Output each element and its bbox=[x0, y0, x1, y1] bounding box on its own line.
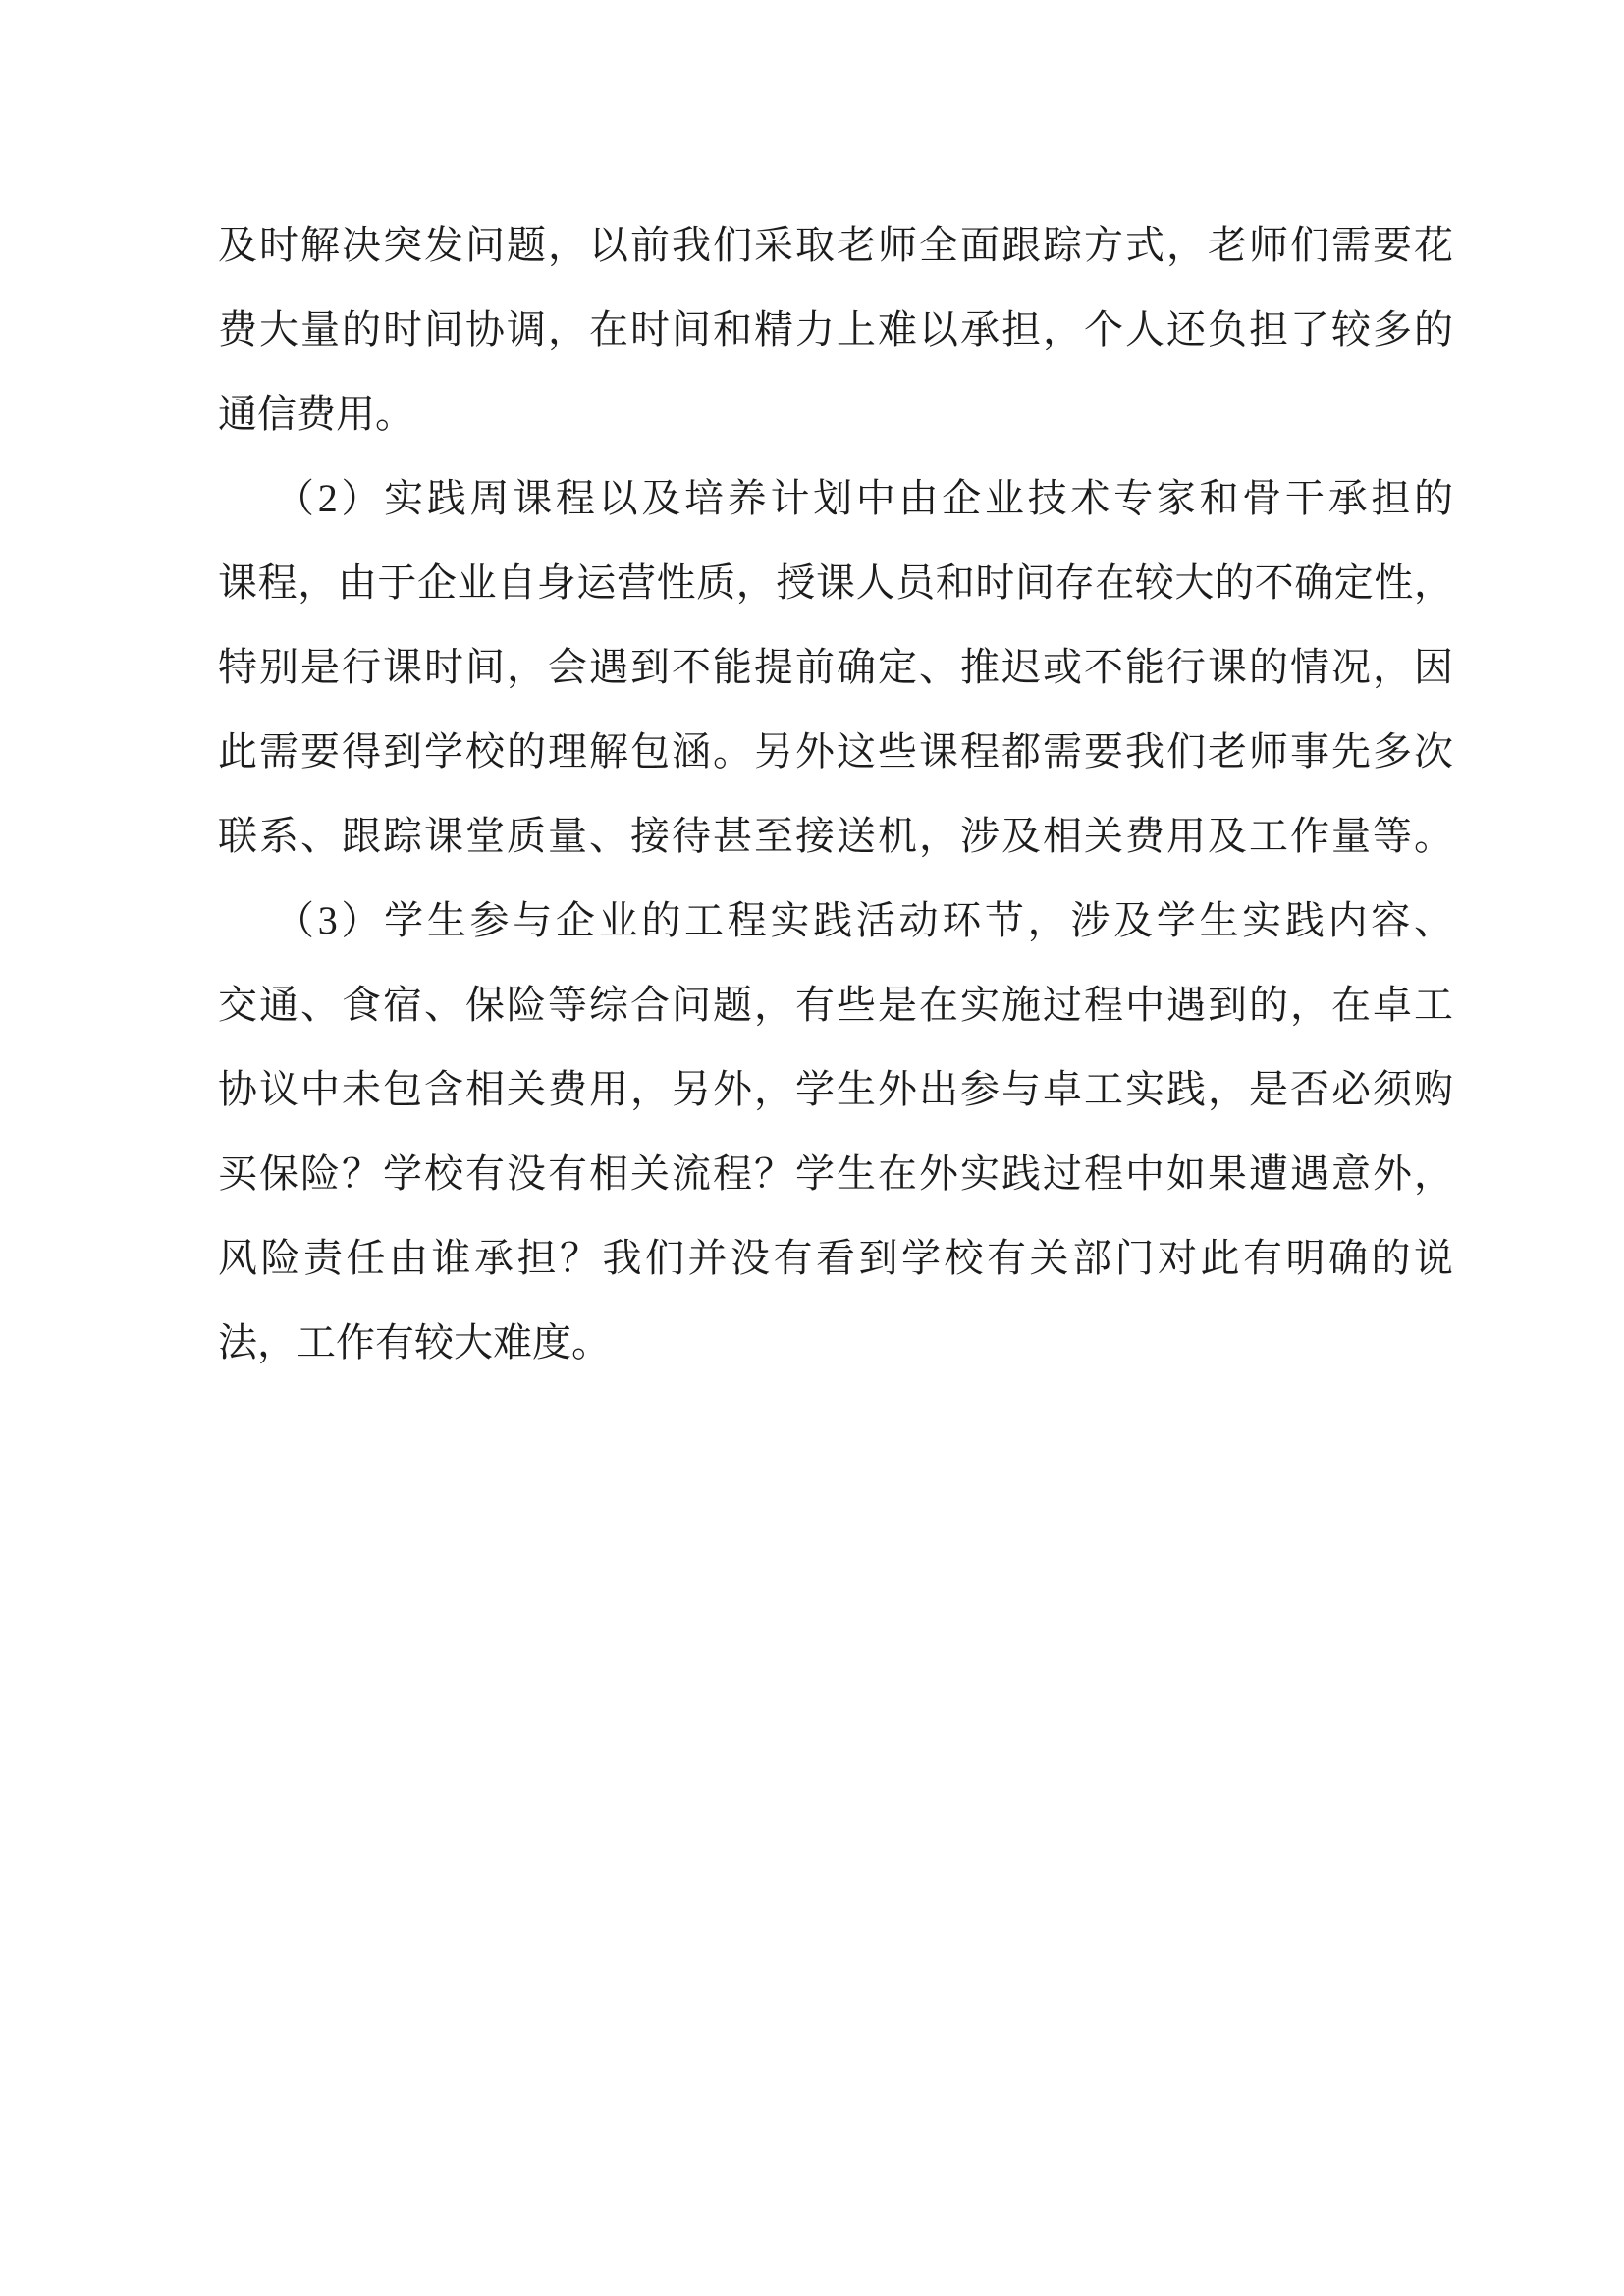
text-line: 此需要得到学校的理解包涵。另外这些课程都需要我们老师事先多次 bbox=[218, 710, 1453, 794]
text-line: 协议中未包含相关费用，另外，学生外出参与卓工实践，是否必须购 bbox=[218, 1047, 1453, 1132]
text-line: 联系、跟踪课堂质量、接待甚至接送机，涉及相关费用及工作量等。 bbox=[218, 794, 1453, 879]
document-page: 及时解决突发问题，以前我们采取老师全面跟踪方式，老师们需要花 费大量的时间协调，… bbox=[0, 0, 1624, 2296]
text-line: 交通、食宿、保险等综合问题，有些是在实施过程中遇到的，在卓工 bbox=[218, 963, 1453, 1047]
text-line: （3）学生参与企业的工程实践活动环节，涉及学生实践内容、 bbox=[218, 879, 1453, 963]
text-line: 费大量的时间协调，在时间和精力上难以承担，个人还负担了较多的 bbox=[218, 288, 1453, 372]
text-line: 法，工作有较大难度。 bbox=[218, 1301, 1453, 1385]
text-line: 课程，由于企业自身运营性质，授课人员和时间存在较大的不确定性， bbox=[218, 541, 1453, 625]
text-line: （2）实践周课程以及培养计划中由企业技术专家和骨干承担的 bbox=[218, 456, 1453, 541]
text-line: 买保险？学校有没有相关流程？学生在外实践过程中如果遭遇意外， bbox=[218, 1132, 1453, 1216]
text-line: 风险责任由谁承担？我们并没有看到学校有关部门对此有明确的说 bbox=[218, 1216, 1453, 1301]
text-line: 及时解决突发问题，以前我们采取老师全面跟踪方式，老师们需要花 bbox=[218, 203, 1453, 288]
text-line: 特别是行课时间，会遇到不能提前确定、推迟或不能行课的情况，因 bbox=[218, 625, 1453, 710]
document-text-block: 及时解决突发问题，以前我们采取老师全面跟踪方式，老师们需要花 费大量的时间协调，… bbox=[218, 203, 1453, 1385]
text-line: 通信费用。 bbox=[218, 372, 1453, 456]
